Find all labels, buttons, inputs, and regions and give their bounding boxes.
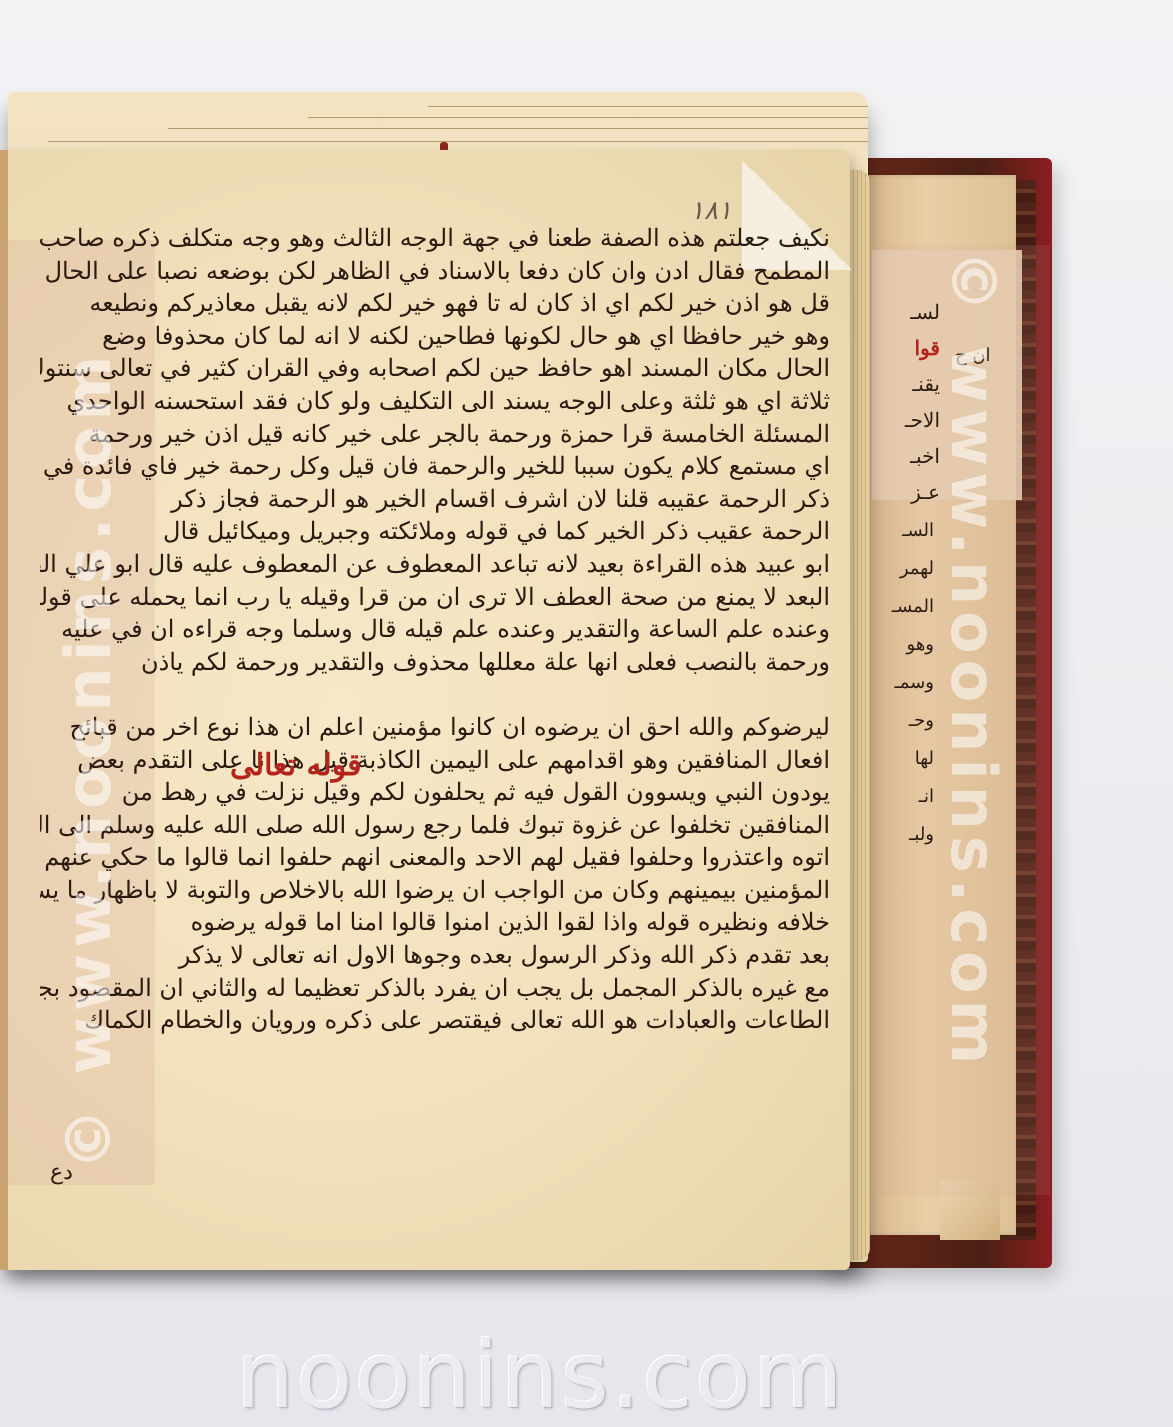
manuscript-line: الرحمة عقيب ذكر الخير كما في قوله وملائك…	[40, 515, 830, 548]
flyleaf-lower-line: وهو	[884, 634, 934, 672]
manuscript-line: خلافه ونظيره قوله واذا لقوا الذين امنوا …	[40, 906, 830, 939]
manuscript-line: ورحمة بالنصب فعلى انها علة معللها محذوف …	[40, 646, 830, 679]
manuscript-line: نكيف جعلتم هذه الصفة طعنا في جهة الوجه ا…	[40, 222, 830, 255]
flyleaf-lower-line: لهمر	[884, 558, 934, 596]
manuscript-line: قل هو اذن خير لكم اي اذ كان له تا فهو خي…	[40, 287, 830, 320]
manuscript-line: الحال مكان المسند اهو حافظ حين لكم اصحاب…	[40, 352, 830, 385]
flyleaf-text: لسـقوايقنـالاحـاخبـعـز	[880, 300, 940, 516]
manuscript-line: المطمح فقال ادن وان كان دفعا بالاسناد في…	[40, 255, 830, 288]
manuscript-line: البعد لا يمنع من صحة العطف الا ترى ان من…	[40, 581, 830, 614]
flyleaf-line: اخبـ	[880, 444, 940, 480]
flyleaf-line: يقنـ	[880, 372, 940, 408]
manuscript-line: المسئلة الخامسة قرا حمزة ورحمة بالجر على…	[40, 418, 830, 451]
watermark-right-text: © www.noonins.com	[937, 250, 1010, 1070]
manuscript-line: المؤمنين بيمينهم وكان من الواجب ان يرضوا…	[40, 874, 830, 907]
manuscript-line: الطاعات والعبادات هو الله تعالى فيقتصر ع…	[40, 1004, 830, 1037]
rubric-heading: قوله تعالى	[230, 748, 362, 783]
manuscript-line: ابو عبيد هذه القراءة بعيد لانه تباعد الم…	[40, 548, 830, 581]
flyleaf-lower-line: المسـ	[884, 596, 934, 634]
manuscript-line: بعد تقدم ذكر الله وذكر الرسول بعده وجوها…	[40, 939, 830, 972]
manuscript-line: ثلاثة اي هو ثلثة وعلى الوجه يسند الى الت…	[40, 385, 830, 418]
page-edge	[48, 141, 868, 142]
watermark-bottom: noonins.com	[236, 1322, 845, 1427]
flyleaf-lower-text: السـلهمرالمسـوهووسمـوحـلهاانـولبـ	[884, 520, 934, 862]
manuscript-line: ذكر الرحمة عقيبه قلنا لان اشرف اقسام الخ…	[40, 483, 830, 516]
flyleaf-line: لسـ	[880, 300, 940, 336]
manuscript-line: المنافقين تخلفوا عن غزوة تبوك فلما رجع ر…	[40, 809, 830, 842]
flyleaf-lower-line: ولبـ	[884, 824, 934, 862]
flyleaf-line: عـز	[880, 480, 940, 516]
manuscript-line: اتوه واعتذروا وحلفوا فقيل لهم الاحد والم…	[40, 841, 830, 874]
page-edge	[308, 117, 868, 118]
manuscript-line: افعال المنافقين وهو اقدامهم على اليمين ا…	[40, 744, 830, 777]
watermark-left-text: © www.noonins.com	[52, 350, 125, 1170]
flyleaf-lower-line: انـ	[884, 786, 934, 824]
manuscript-line: ليرضوكم والله احق ان يرضوه ان كانوا مؤمن…	[40, 711, 830, 744]
manuscript-line: اي مستمع كلام يكون سببا للخير والرحمة فا…	[40, 450, 830, 483]
flyleaf-lower-line: السـ	[884, 520, 934, 558]
flyleaf-line: قوا	[880, 336, 940, 372]
manuscript-line: وهو خير حافظا اي هو حال لكونها فطاحين لك…	[40, 320, 830, 353]
flyleaf-lower-line: لها	[884, 748, 934, 786]
page-edge	[168, 128, 868, 129]
flyleaf-lower-line: وحـ	[884, 710, 934, 748]
manuscript-line: يودون النبي ويسوون القول فيه ثم يحلفون ل…	[40, 776, 830, 809]
manuscript-line: وعنده علم الساعة والتقدير وعنده علم قيله…	[40, 613, 830, 646]
manuscript-text-block: نكيف جعلتم هذه الصفة طعنا في جهة الوجه ا…	[40, 222, 830, 1037]
flyleaf-line: الاحـ	[880, 408, 940, 444]
flyleaf-lower-line: وسمـ	[884, 672, 934, 710]
page-edge	[428, 106, 868, 107]
manuscript-line: مع غيره بالذكر المجمل بل يجب ان يفرد بال…	[40, 972, 830, 1005]
